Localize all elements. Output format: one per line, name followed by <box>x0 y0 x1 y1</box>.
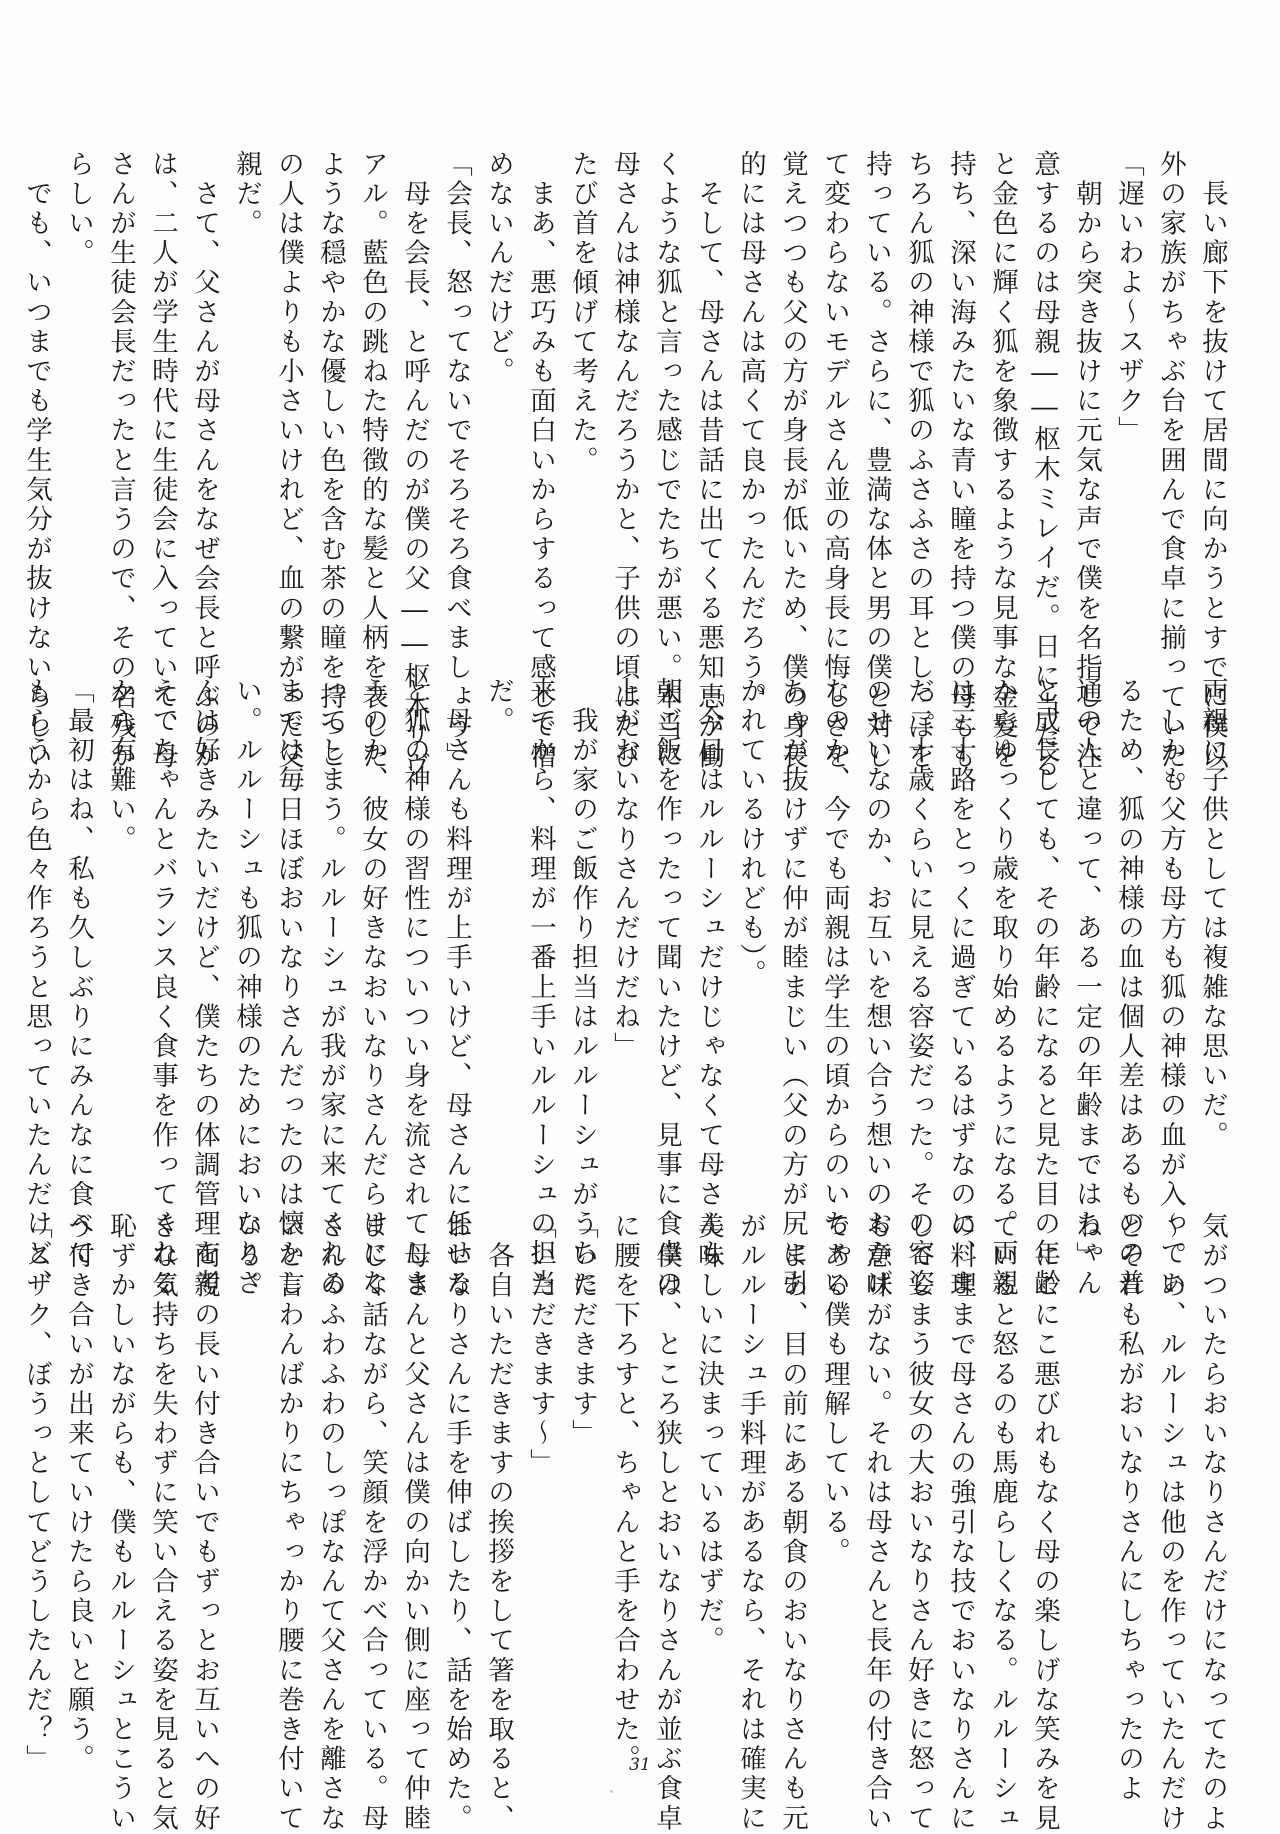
text-column: て変わらないモデルさん並の高身長に悔しさを <box>821 150 848 645</box>
text-column: 通の人と違って、ある一定の年齢まではちゃん <box>1073 677 1100 1172</box>
text-column: う付き合いが出来ていけたら良いと願う。 <box>65 1212 92 1707</box>
text-column: にこにこ悪びれもなく母の楽しげな笑みを見 <box>1031 1212 1058 1707</box>
text-column: 朝から突き抜けに元気な声で僕を名指しで注 <box>1073 150 1100 645</box>
text-column: い。ルルーシュも狐の神様のためにおいなりさ <box>233 677 260 1172</box>
text-column: 両親の長い付き合いでもずっとお互いへの好 <box>191 1212 218 1707</box>
text-column: がルルーシュ手料理があるなら、それは確実に <box>737 1212 764 1707</box>
text-column: ね」 <box>1073 1212 1100 1707</box>
text-column: ～。あ、ルルーシュは他のを作っていたんだけ <box>1157 1212 1184 1707</box>
text-column: してしまう彼女の大おいなりさん好きに怒って <box>905 1212 932 1707</box>
text-column: らしい。 <box>65 150 92 645</box>
text-column: に腰を下ろすと、ちゃんと手を合わせた。 <box>611 1212 638 1707</box>
text-column: まあ、目の前にある朝食のおいなりさんも元 <box>779 1212 806 1707</box>
text-column: めないんだけど。 <box>485 150 512 645</box>
text-column: 母さんは神様なんだろうかと、子供の頃はたび <box>611 150 638 645</box>
text-column: だ二十歳くらいに見える容姿だった。その容姿 <box>905 677 932 1172</box>
text-column: から有難い。 <box>107 677 134 1172</box>
text-column: なのか、今でも両親は学生の頃からのいちゃい <box>821 677 848 1172</box>
text-column: さんが生徒会長だったと言うので、その名残か <box>107 150 134 645</box>
text-column: は三十路をとっくに過ぎているはずなのに、ま <box>947 677 974 1172</box>
text-column: のせいなのか、お互いを想い合う想いのおかげ <box>863 677 890 1172</box>
text-column: もらうから色々作ろうと思っていたんだけど、 <box>23 677 50 1172</box>
text-column: 上がおいなりさんだけだね」 <box>611 677 638 1172</box>
text-column: 「会長、怒ってないでそろそろ食べましょう」 <box>443 150 470 645</box>
text-column: まじく話ながら、笑顔を浮かべ合っている。母 <box>359 1212 386 1707</box>
text-column: 覚えつつも父の方が身長が低いため、僕の身長 <box>779 150 806 645</box>
text-column: でも、いつまでも学生気分が抜けないらしい <box>23 150 50 645</box>
text-column: どそれも私がおいなりさんにしちゃったのよ <box>1115 1212 1142 1707</box>
text-column: おいなりさんに手を伸ばしたり、話を始めた。 <box>443 1212 470 1707</box>
text-column: かれているけれども）。 <box>737 677 764 1172</box>
text-band-top: 長い廊下を抜けて居間に向かうとすでに僕以 外の家族がちゃぶ台を囲んで食卓に揃って… <box>130 150 1225 645</box>
text-band-bottom: 気がついたらおいなりさんだけになってたのよ ～。あ、ルルーシュは他のを作っていた… <box>130 1212 1225 1707</box>
text-column: たび首を傾げて考えた。 <box>569 150 596 645</box>
text-column: まあ、悪巧みも面白いからするって感じで憎 <box>527 150 554 645</box>
text-column: と成長しても、その年齢になると見た目の年齢 <box>1031 677 1058 1172</box>
text-column: そして、母さんは昔話に出てくる悪知恵が働 <box>695 150 722 645</box>
text-column: いと言わんばかりにちゃっかり腰に巻き付いて <box>275 1212 302 1707</box>
text-column: んは好きみたいだけど、僕たちの体調管理を考 <box>191 677 218 1172</box>
text-column: 「スザク、ぼうっとしてどうしたんだ？」 <box>23 1212 50 1707</box>
text-column: ていると怒るのも馬鹿らしくなる。ルルーシュ <box>989 1212 1016 1707</box>
text-column: だ。 <box>485 677 512 1172</box>
text-column: 来てから、料理が一番上手いルルーシュの担当 <box>527 677 554 1172</box>
scan-speck <box>610 1790 613 1793</box>
text-column: の人は僕よりも小さいけれど、血の繋がった父 <box>275 150 302 645</box>
text-column: 外の家族がちゃぶ台を囲んで食卓に揃っていた。 <box>1157 150 1184 645</box>
text-column: までは毎日ほぼおいなりさんだったのは懐かし <box>275 677 302 1172</box>
text-column: 持っている。さらに、豊満な体と男の僕と対し <box>863 150 890 645</box>
text-column: 気がついたらおいなりさんだけになってたのよ <box>1199 1212 1226 1707</box>
page-number: 31 <box>0 1755 1280 1775</box>
text-column: 「最初はね、私も久しぶりにみんなに食べて <box>65 677 92 1172</box>
text-column: 朝ご飯を作ったって聞いたけど、見事に食卓の <box>653 677 680 1172</box>
text-column: さて、父さんが母さんをなぜ会長と呼ぶのか <box>191 150 218 645</box>
text-column: と狐の神様の習性についつい身を流されてしま <box>401 677 428 1172</box>
text-column: るため、狐の神様の血は個人差はあるものの普 <box>1115 677 1142 1172</box>
text-column: は、二人が学生時代に生徒会に入っていて、母 <box>149 150 176 645</box>
text-column: 美味しいに決まっているはずだ。 <box>695 1212 722 1707</box>
text-column: 長い廊下を抜けて居間に向かうとすでに僕以 <box>1199 150 1226 645</box>
text-column: 僕は、ところ狭しとおいなりさんが並ぶ食卓 <box>653 1212 680 1707</box>
text-column: 「今日はルルーシュだけじゃなくて母さんも <box>695 677 722 1172</box>
text-column: の料理まで母さんの強引な技でおいなりさんに <box>947 1212 974 1707</box>
text-column: えてちゃんとバランス良く食事を作ってくれる <box>149 677 176 1172</box>
text-column: ってしまう。ルルーシュが我が家に来てくれる <box>317 677 344 1172</box>
text-column: 「遅いわよ～スザク」 <box>1115 150 1142 645</box>
text-column: 我が家のご飯作り担当はルルーシュがうちに <box>569 677 596 1172</box>
text-column: 両親に子供としては複雑な思いだ。 <box>1199 677 1226 1172</box>
text-column: 意するのは母親――枢木ミレイだ。日に当たる <box>1031 150 1058 645</box>
text-column: くような狐と言った感じでたちが悪い。本当に <box>653 150 680 645</box>
text-column: 親だ。 <box>233 150 260 645</box>
text-column: きな気持ちを失わずに笑い合える姿を見ると気 <box>149 1212 176 1707</box>
text-column: 母さんも料理が上手いけど、母さんに任せる <box>443 677 470 1172</box>
text-column: 母を会長、と呼んだのが僕の父――枢木リヴ <box>401 150 428 645</box>
text-band-middle: 両親に子供としては複雑な思いだ。 しかも父方も母方も狐の神様の血が入ってい るた… <box>130 677 1225 1172</box>
text-column: と金色に輝く狐を象徴するような見事な金髪を <box>989 150 1016 645</box>
text-column: 「いただきます」 <box>569 1212 596 1707</box>
text-column: しかも父方も母方も狐の神様の血が入ってい <box>1157 677 1184 1172</box>
text-column: うのか、彼女の好きなおいなりさんだらけにな <box>359 677 386 1172</box>
text-column: 的には母さんは高くて良かったんだろう。 <box>737 150 764 645</box>
text-column: 各自いただきますの挨拶をして箸を取ると、 <box>485 1212 512 1707</box>
text-column: さんのふわふわのしっぽなんて父さんを離さな <box>317 1212 344 1707</box>
text-column: 持ち、深い海みたいな青い瞳を持つ僕の母もも <box>947 150 974 645</box>
text-column: 「いただきます～」 <box>527 1212 554 1707</box>
text-column: である僕も理解している。 <box>821 1212 848 1707</box>
text-column: ちゃが抜けずに仲が睦まじい（父の方が尻に引 <box>779 677 806 1172</box>
text-column: いる。 <box>233 1212 260 1707</box>
scan-speck <box>968 1785 971 1788</box>
text-column: ちろん狐の神様で狐のふさふさの耳としっぽを <box>905 150 932 645</box>
text-column: 恥ずかしいながらも、僕もルルーシュとこうい <box>107 1212 134 1707</box>
text-column: アル。藍色の跳ねた特徴的な髪と人柄を表した <box>359 150 386 645</box>
text-column: ような穏やかな優しい色を含む茶の瞳を持つこ <box>317 150 344 645</box>
scan-speck <box>924 1765 927 1768</box>
text-column: からゆっくり歳を取り始めるようになる。両親 <box>989 677 1016 1172</box>
text-column: も意味がない。それは母さんと長年の付き合い <box>863 1212 890 1707</box>
text-column: 母さんと父さんは僕の向かい側に座って仲睦 <box>401 1212 428 1707</box>
